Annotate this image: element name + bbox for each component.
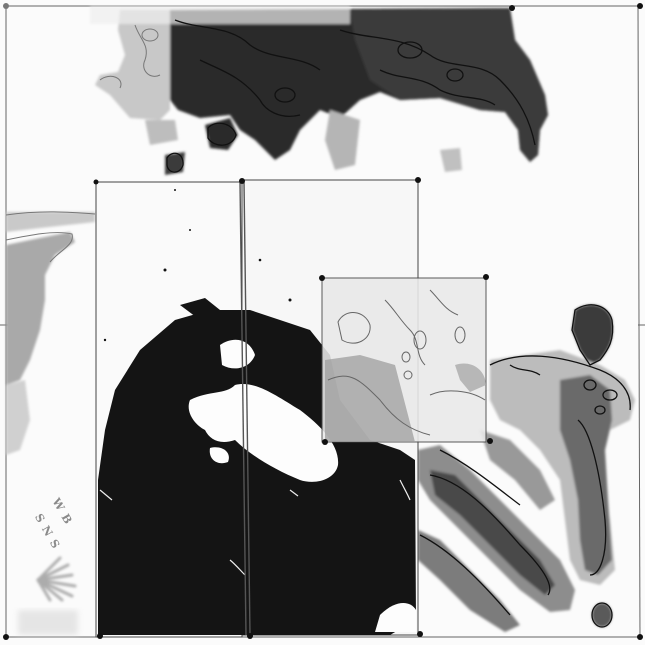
collage-layer xyxy=(0,0,645,645)
overlay-square xyxy=(322,278,486,442)
left-contour-map xyxy=(6,212,95,455)
sun-rays-icon xyxy=(38,558,75,600)
artwork-canvas: W B S N S xyxy=(0,0,645,645)
top-contour-map xyxy=(90,6,548,175)
